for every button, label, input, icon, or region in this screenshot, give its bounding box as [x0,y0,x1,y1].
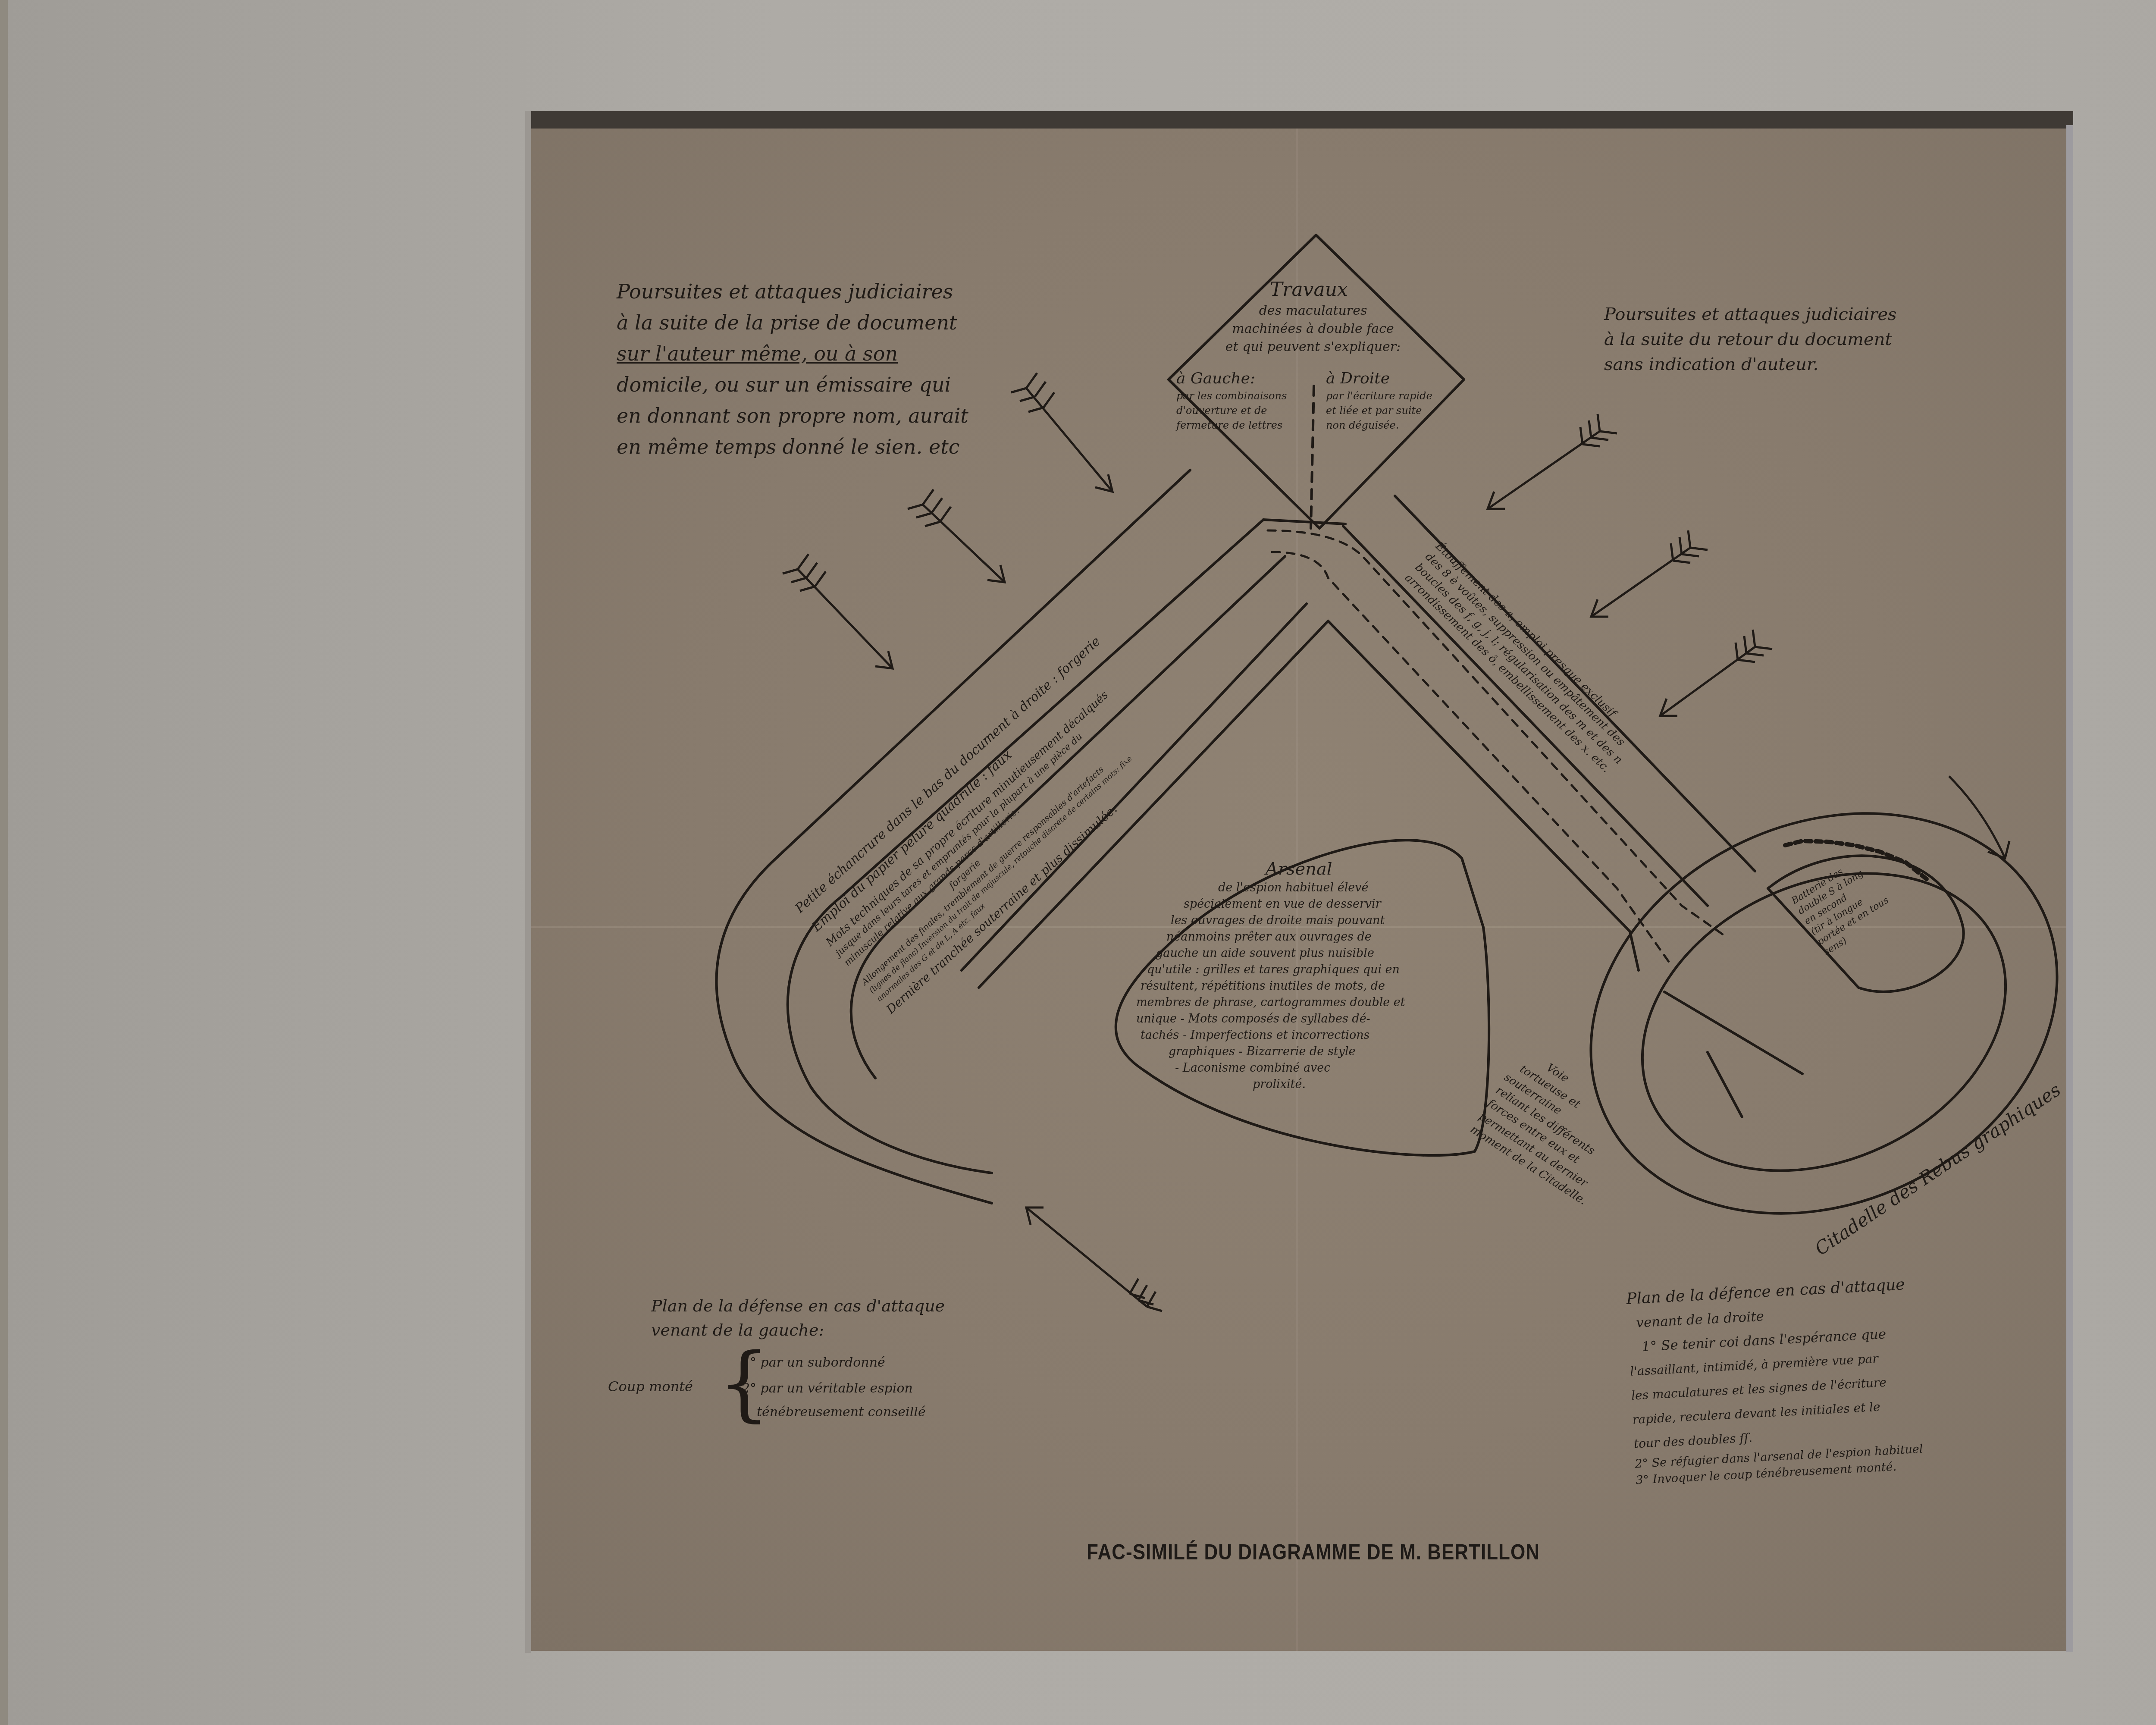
left-defense-title: venant de la gauche: [604,1318,945,1342]
bracket-label: Coup monté [608,1374,693,1399]
arrow-icon [1591,530,1708,617]
citadel-outer-ring [1525,740,2123,1288]
arrow-icon [1026,1207,1162,1311]
note-line: en donnant son propre nom, aurait [617,400,968,431]
diamond-subtitle-line: et qui peuvent s'expliquer: [1214,338,1412,356]
diamond-left-line: fermeture de lettres [1176,418,1287,433]
arrow-icon [783,554,893,668]
diamond-subtitle-line: machinées à double face [1214,320,1412,338]
diamond-left-line: d'ouverture et de [1176,403,1287,418]
arsenal-title: Arsenal [1132,858,1405,880]
printed-caption: FAC-SIMILÉ DU DIAGRAMME DE M. BERTILLON [1087,1540,1540,1565]
arrow-icon [1488,414,1617,509]
right-defense-plan: Plan de la défence en cas d'attaque vena… [1626,1272,1924,1489]
defense-item: 2° par un véritable espion [742,1377,913,1401]
arsenal-line: unique - Mots composés de syllabes dé- [1132,1011,1405,1027]
defense-item: ténébreusement conseillé [757,1400,926,1424]
diamond-right: à Droite par l'écriture rapide et liée e… [1326,369,1432,433]
arsenal-line: membres de phrase, cartogrammes double e… [1132,994,1405,1011]
left-defense-plan: Plan de la défense en cas d'attaque vena… [604,1294,945,1428]
diamond-right-heading: à Droite [1326,369,1432,389]
left-defense-title: Plan de la défense en cas d'attaque [604,1294,945,1318]
arrow-icon [908,489,1005,582]
arsenal-line: de l'espion habituel élevé [1132,880,1405,896]
diamond-subtitle-line: des maculatures [1214,302,1412,320]
diamond-right-line: et liée et par suite [1326,403,1432,418]
arsenal-line: qu'utile : grilles et tares graphiques q… [1132,962,1405,978]
arsenal-line: tachés - Imperfections et incorrections [1132,1027,1405,1044]
defense-item: 1° par un subordonné [742,1351,885,1375]
note-line: sans indication d'auteur. [1604,352,1897,377]
arsenal-line: prolixité. [1132,1076,1405,1093]
note-line: en même temps donné le sien. etc [617,431,968,462]
note-line: sur l'auteur même, ou à son [617,338,968,369]
arrow-icon [1660,630,1772,716]
top-right-note: Poursuites et attaques judiciaires à la … [1604,302,1897,377]
diamond-left-line: par les combinaisons [1176,389,1287,403]
arsenal-text: Arsenal de l'espion habituel élevé spéci… [1132,858,1405,1093]
diamond-right-line: par l'écriture rapide [1326,389,1432,403]
note-line: à la suite du retour du document [1604,327,1897,352]
arsenal-line: les ouvrages de droite mais pouvant [1132,913,1405,929]
top-left-note: Poursuites et attaques judiciaires à la … [617,276,968,462]
note-line: à la suite de la prise de document [617,307,968,338]
arsenal-line: - Laconisme combiné avec [1132,1060,1405,1076]
arrow-icon [1949,776,2009,858]
diamond-subtitle: des maculatures machinées à double face … [1214,302,1412,356]
arsenal-line: spécialement en vue de desservir [1132,896,1405,913]
arsenal-line: néanmoins prêter aux ouvrages de [1132,929,1405,945]
note-line: Poursuites et attaques judiciaires [617,276,968,307]
diamond-left: à Gauche: par les combinaisons d'ouvertu… [1176,369,1287,433]
arrow-icon [1011,373,1112,492]
diamond-left-heading: à Gauche: [1176,369,1287,389]
arsenal-line: résultent, répétitions inutiles de mots,… [1132,978,1405,994]
arsenal-line: graphiques - Bizarrerie de style [1132,1044,1405,1060]
arsenal-line: gauche un aide souvent plus nuisible [1132,945,1405,962]
note-line: Poursuites et attaques judiciaires [1604,302,1897,327]
note-line: domicile, ou sur un émissaire qui [617,369,968,400]
diamond-right-line: non déguisée. [1326,418,1432,433]
diamond-title: Travaux [1270,276,1348,304]
